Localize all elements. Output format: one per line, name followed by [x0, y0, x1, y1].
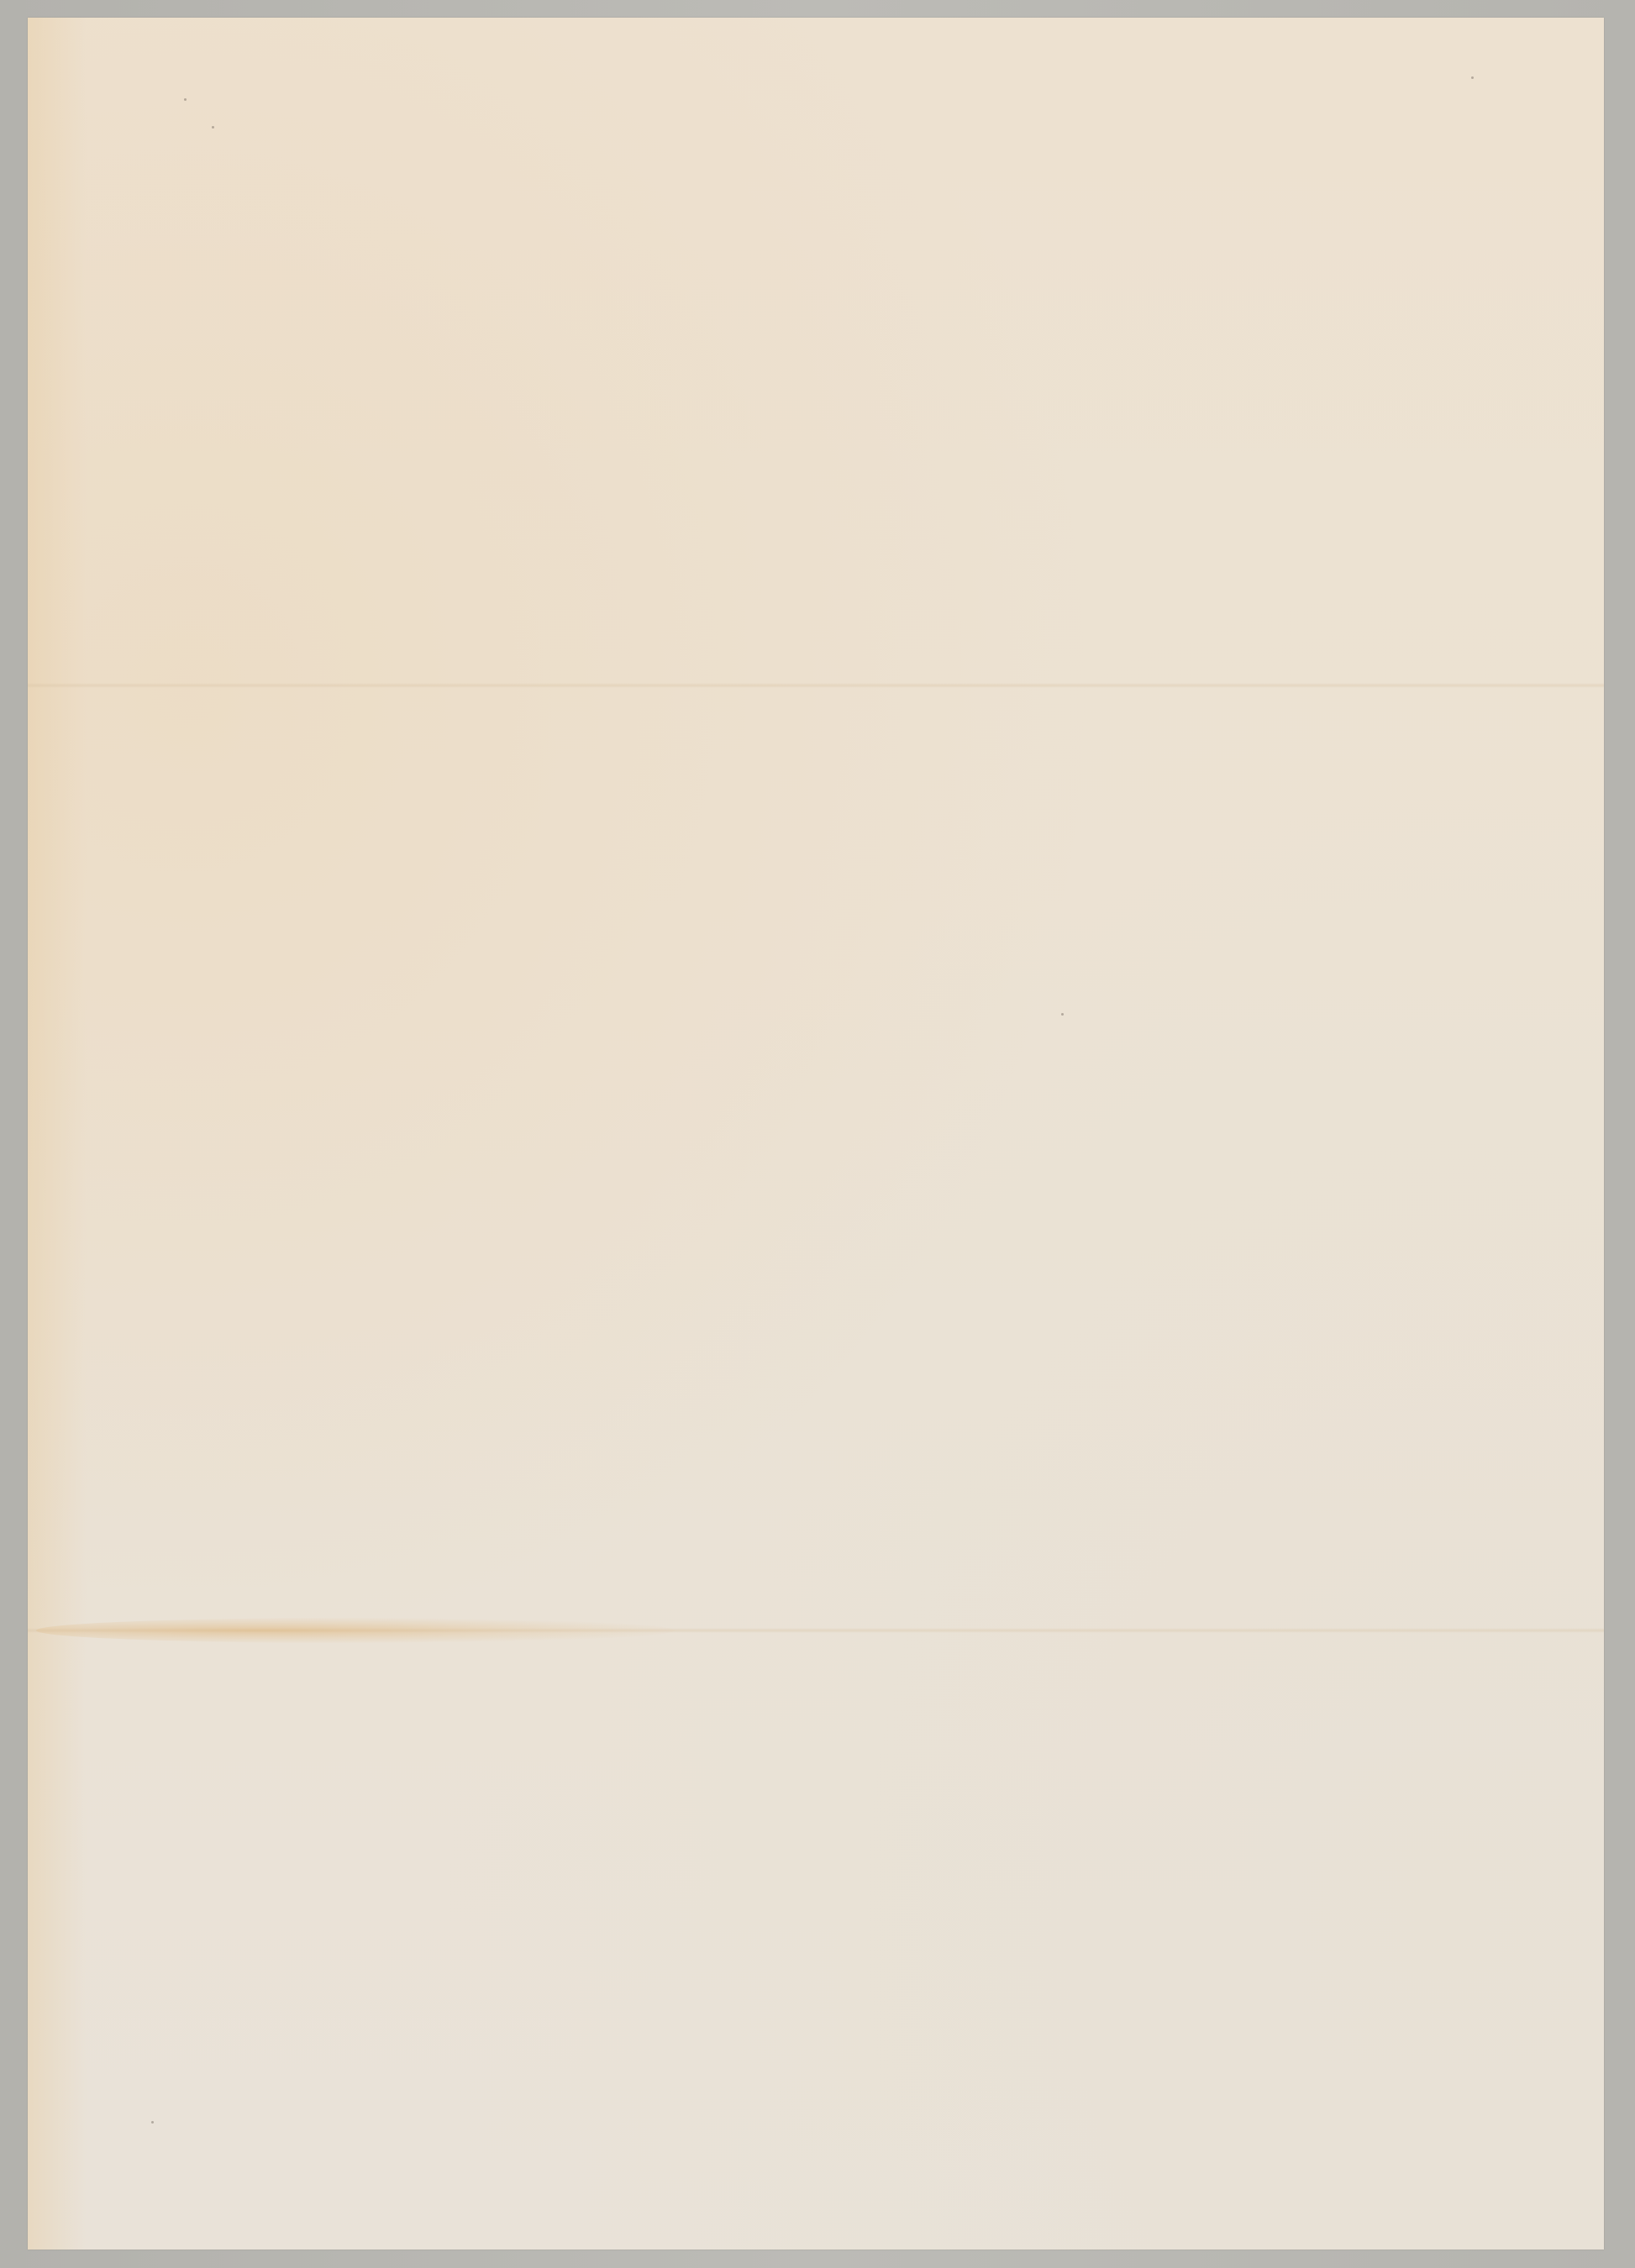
edge-discoloration [28, 18, 87, 2250]
paper-speck [184, 98, 187, 101]
paper-speck [212, 126, 214, 129]
paper-sheet [28, 18, 1604, 2250]
paper-speck [1471, 76, 1474, 79]
paper-speck [151, 2121, 154, 2124]
paper-speck [1061, 1013, 1064, 1016]
fold-line-upper [28, 683, 1604, 688]
fold-stain [36, 1618, 675, 1643]
